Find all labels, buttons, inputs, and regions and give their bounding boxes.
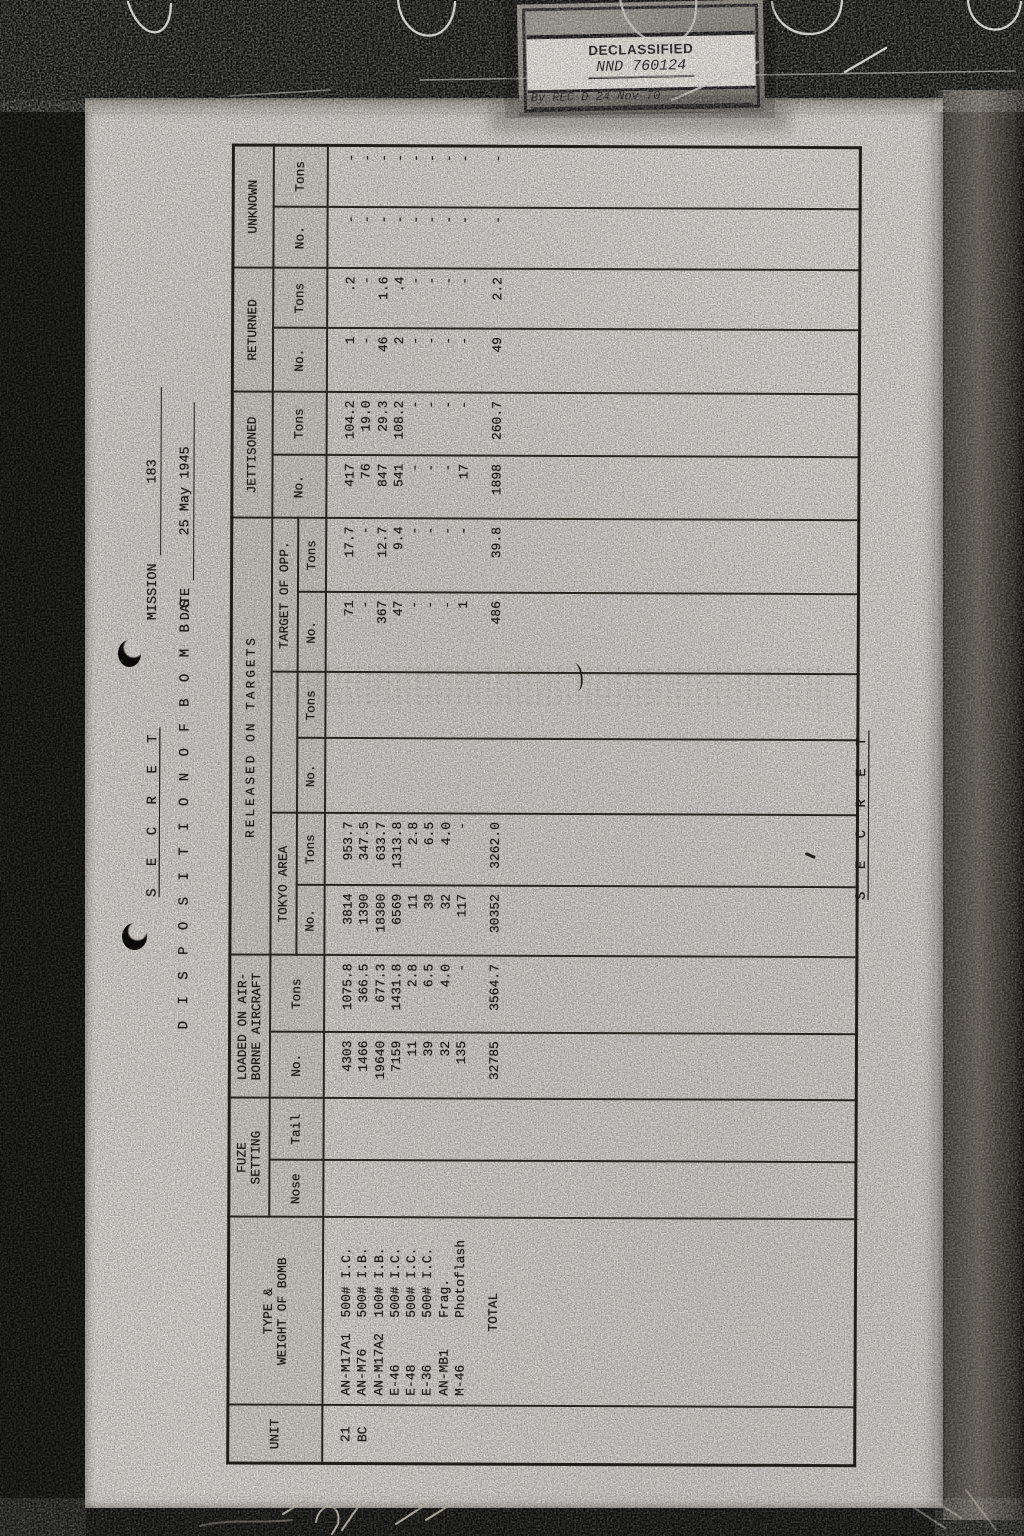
- header-unknown-tons: Tons: [274, 145, 328, 207]
- column-blank-no: [325, 738, 858, 815]
- column-unknown-no: ---------: [327, 207, 860, 270]
- header-opp-tons: Tons: [298, 518, 326, 592]
- header-loaded-on-airborne: LOADED ON AIR- BORNE AIRCRAFT: [229, 955, 270, 1098]
- column-jettisoned-no: 41776847541---171898: [326, 455, 859, 520]
- header-loaded-no: No.: [270, 1032, 324, 1098]
- header-fuze-setting: FUZE SETTING: [229, 1098, 270, 1217]
- header-tokyo-no: No.: [296, 885, 324, 955]
- stamp-label-box: DECLASSIFIED NND 760124: [527, 31, 756, 94]
- header-released-on-targets: RELEASED ON TARGETS: [230, 518, 272, 955]
- fuze-tail-cell: [323, 1098, 856, 1162]
- mission-label: MISSION: [146, 563, 161, 620]
- column-opp-tons: 17.7-12.79.4----39.8: [326, 518, 859, 594]
- header-jettisoned-tons: Tons: [273, 392, 327, 455]
- column-tokyo-tons: 953.7347.5633.71313.82.86.54.0-3262.0: [325, 813, 858, 887]
- header-jettisoned: JETTISONED: [232, 392, 273, 518]
- fuze-nose-cell: [323, 1160, 856, 1219]
- header-type-weight: TYPE & WEIGHT OF BOMB: [228, 1217, 323, 1405]
- column-tokyo-no: 3814139018380656911393211730352: [324, 885, 857, 957]
- mission-date-block: MISSION 183 DATE 25 May 1945: [128, 200, 196, 620]
- header-tokyo-area: TOKYO AREA: [270, 813, 297, 955]
- header-returned-tons: Tons: [273, 268, 327, 328]
- column-jettisoned-tons: 104.219.029.3108.2----260.7: [327, 392, 860, 457]
- declassification-stamp: DECLASSIFIED NND 760124 By REC D 24 Nov …: [517, 0, 765, 117]
- column-unknown-tons: ---------: [328, 145, 861, 209]
- bomb-type-column: AN-M17A1 500# I.C.AN-M76 500# I.B.AN-M17…: [322, 1217, 855, 1407]
- date-value: 25 May 1945: [178, 402, 195, 580]
- header-loaded-tons: Tons: [270, 955, 324, 1032]
- column-returned-tons: .2-1.6.4----2.2: [327, 268, 860, 330]
- header-nose: Nose: [269, 1160, 323, 1217]
- classification-heading-top: S E C R E T: [144, 662, 161, 962]
- header-unit: UNIT: [228, 1405, 323, 1463]
- header-opp-no: No.: [298, 592, 326, 672]
- disposition-of-bombs-table: UNIT TYPE & WEIGHT OF BOMB FUZE SETTING …: [226, 143, 862, 1467]
- scanned-document-page: S E C R E T D I S P O S I T I O N O F B …: [0, 0, 1024, 1536]
- column-returned-no: 1-462----49: [327, 328, 860, 394]
- header-returned: RETURNED: [232, 268, 273, 392]
- classification-heading-bottom: S E C R E T: [853, 665, 870, 965]
- column-loaded-tons: 1075.8366.5677.31431.82.86.54.0-3564.7: [324, 955, 857, 1034]
- carbon-smudge-streak: [243, 664, 835, 709]
- unit-value-cell: 21 BC: [322, 1405, 855, 1465]
- stamp-nnd-number: NND 760124: [588, 57, 694, 79]
- header-returned-no: No.: [273, 328, 327, 392]
- mission-value: 183: [145, 387, 162, 555]
- column-opp-no: 71-36747---1486: [326, 592, 859, 674]
- scan-right-margin-band: [943, 90, 1024, 1520]
- header-tail: Tail: [269, 1098, 323, 1160]
- header-target-of-opp: TARGET OF OPP.: [272, 518, 299, 672]
- header-unknown-no: No.: [273, 207, 327, 268]
- stamp-declassified-text: DECLASSIFIED: [527, 40, 755, 60]
- header-jettisoned-no: No.: [272, 455, 326, 518]
- rotated-document-content: S E C R E T D I S P O S I T I O N O F B …: [118, 102, 904, 1505]
- header-unknown: UNKNOWN: [233, 145, 274, 268]
- header-blank-no: No.: [297, 738, 325, 813]
- header-tokyo-tons: Tons: [297, 813, 325, 885]
- column-loaded-no: 4303146619640715911393213532785: [324, 1032, 857, 1100]
- date-label: DATE: [179, 588, 194, 620]
